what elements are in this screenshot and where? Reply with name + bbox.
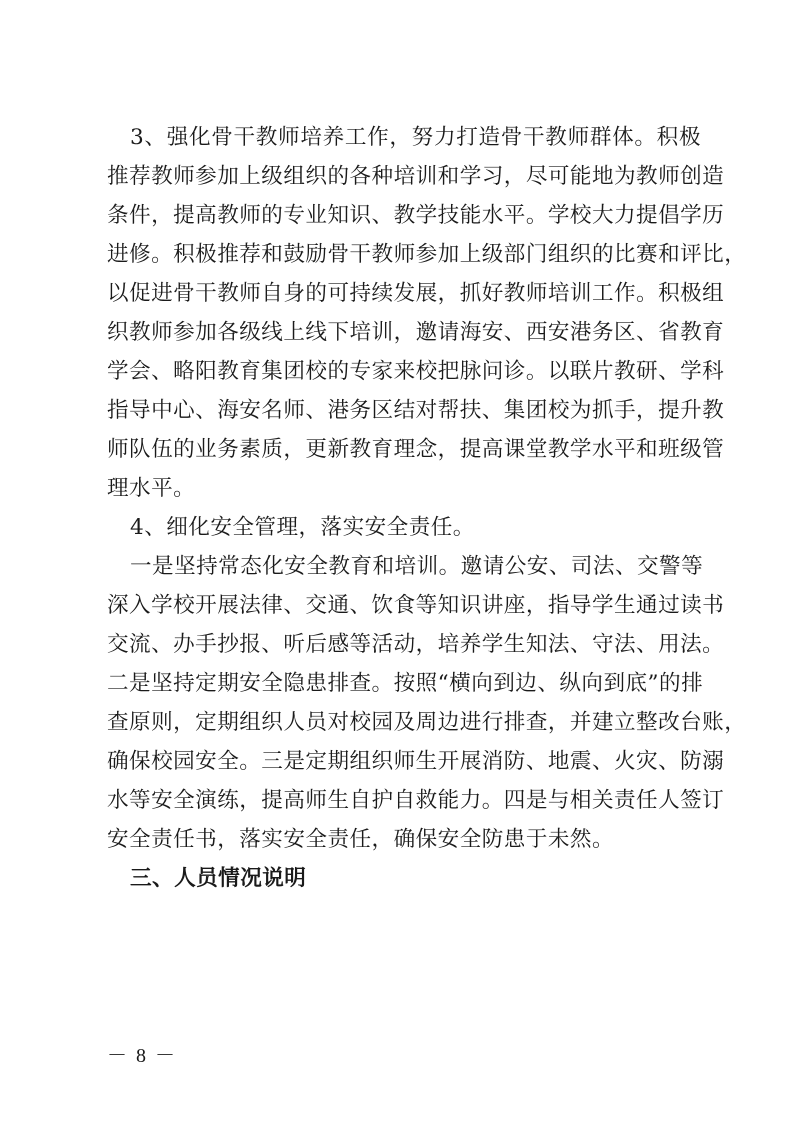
paragraph-line: 3、强化骨干教师培养工作，努力打造骨干教师群体。积极 bbox=[130, 126, 701, 150]
document-page: 3、强化骨干教师培养工作，努力打造骨干教师群体。积极 推荐教师参加上级组织的各种… bbox=[0, 0, 793, 1122]
paragraph-line: 查原则，定期组织人员对校园及周边进行排查，并建立整改台账， bbox=[107, 711, 701, 735]
paragraph-line: 师队伍的业务素质，更新教育理念，提高课堂教学水平和班级管 bbox=[107, 438, 701, 462]
paragraph-line: 织教师参加各级线上线下培训，邀请海安、西安港务区、省教育 bbox=[107, 321, 701, 345]
paragraph-line: 学会、略阳教育集团校的专家来校把脉问诊。以联片教研、学科 bbox=[107, 360, 701, 384]
paragraph-line: 安全责任书，落实安全责任，确保安全防患于未然。 bbox=[107, 828, 701, 852]
paragraph-line: 一是坚持常态化安全教育和培训。邀请公安、司法、交警等 bbox=[130, 555, 701, 579]
paragraph-line: 交流、办手抄报、听后感等活动，培养学生知法、守法、用法。 bbox=[107, 633, 701, 657]
paragraph-line: 推荐教师参加上级组织的各种培训和学习，尽可能地为教师创造 bbox=[107, 165, 701, 189]
page-number: － 8 － bbox=[107, 1044, 177, 1068]
paragraph-line: 指导中心、海安名师、港务区结对帮扶、集团校为抓手，提升教 bbox=[107, 399, 701, 423]
paragraph-line: 条件，提高教师的专业知识、教学技能水平。学校大力提倡学历 bbox=[107, 204, 701, 228]
paragraph-line: 确保校园安全。三是定期组织师生开展消防、地震、火灾、防溺 bbox=[107, 750, 701, 774]
paragraph-line: 二是坚持定期安全隐患排查。按照“横向到边、纵向到底”的排 bbox=[107, 672, 701, 696]
paragraph-line: 水等安全演练，提高师生自护自救能力。四是与相关责任人签订 bbox=[107, 789, 701, 813]
paragraph-line: 进修。积极推荐和鼓励骨干教师参加上级部门组织的比赛和评比， bbox=[107, 243, 701, 267]
paragraph-line: 理水平。 bbox=[107, 477, 701, 501]
item-heading: 4、细化安全管理，落实安全责任。 bbox=[130, 516, 701, 540]
paragraph-line: 以促进骨干教师自身的可持续发展，抓好教师培训工作。积极组 bbox=[107, 282, 701, 306]
paragraph-line: 深入学校开展法律、交通、饮食等知识讲座，指导学生通过读书 bbox=[107, 594, 701, 618]
section-heading: 三、人员情况说明 bbox=[130, 867, 701, 891]
